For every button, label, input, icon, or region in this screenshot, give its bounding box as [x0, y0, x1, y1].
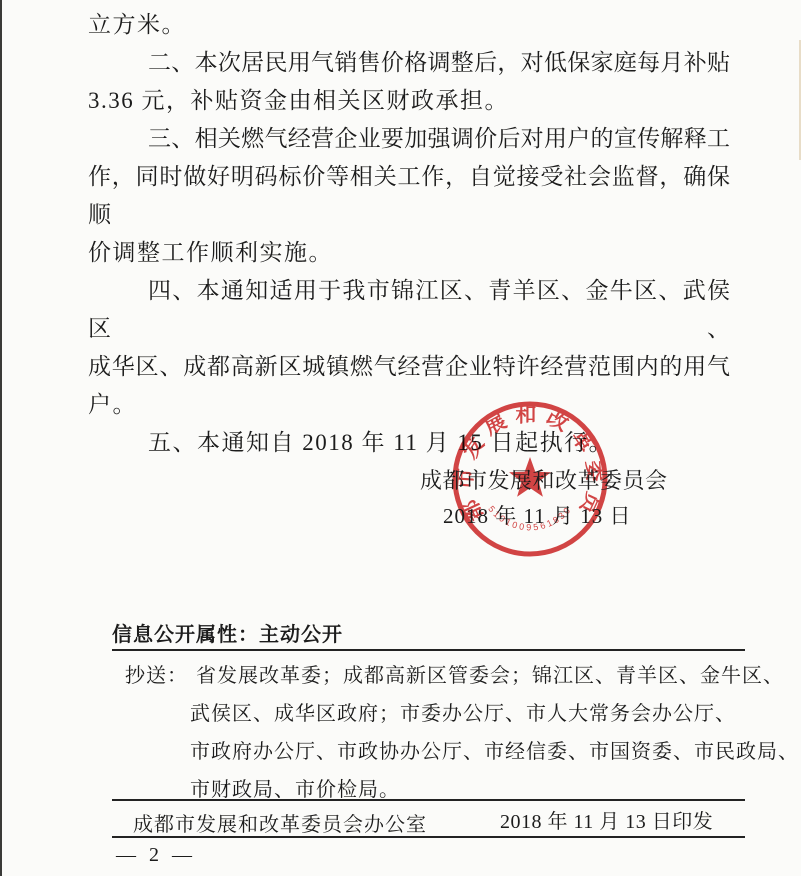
body-line: 二、本次居民用气销售价格调整后，对低保家庭每月补贴 [88, 44, 730, 82]
body-line: 四、本通知适用于我市锦江区、青羊区、金牛区、武侯区、 [88, 272, 730, 348]
cc-line: 抄送：省发展改革委；成都高新区管委会；锦江区、青羊区、金牛区、 [125, 659, 784, 688]
body-line: 三、相关燃气经营企业要加强调价后对用户的宣传解释工 [88, 120, 730, 158]
cc-line: 武侯区、成华区政府；市委办公厅、市人大常务会办公厅、 [190, 697, 736, 726]
print-date: 2018 年 11 月 13 日印发 [500, 805, 713, 834]
divider-rule-top [112, 649, 745, 651]
page-number: — 2 — [116, 844, 196, 867]
cc-label: 抄送： [125, 665, 188, 687]
body-line: 价调整工作顺利实施。 [88, 234, 730, 272]
scanned-notice-page: 立方米。 二、本次居民用气销售价格调整后，对低保家庭每月补贴 3.36 元，补贴… [0, 0, 801, 876]
printing-office: 成都市发展和改革委员会办公室 [133, 808, 427, 837]
body-line: 成华区、成都高新区城镇燃气经营企业特许经营范围内的用气 [88, 348, 730, 386]
body-line: 五、本通知自 2018 年 11 月 15 日起执行。 [88, 424, 730, 462]
body-line: 3.36 元，补贴资金由相关区财政承担。 [88, 82, 730, 120]
notice-body: 立方米。 二、本次居民用气销售价格调整后，对低保家庭每月补贴 3.36 元，补贴… [88, 6, 730, 462]
issue-date: 2018 年 11 月 13 日 [443, 500, 631, 530]
scan-left-edge-artifact [0, 0, 2, 876]
cc-text: 省发展改革委；成都高新区管委会；锦江区、青羊区、金牛区、 [196, 665, 784, 687]
body-line: 户。 [88, 386, 730, 424]
divider-rule-footer-top [112, 799, 745, 801]
issuer-signature: 成都市发展和改革委员会 [420, 464, 668, 495]
cc-line: 市财政局、市价检局。 [190, 773, 400, 802]
body-line: 立方米。 [88, 6, 730, 44]
cc-line: 市政府办公厅、市政协办公厅、市经信委、市国资委、市民政局、 [190, 735, 799, 764]
divider-rule-footer-bottom [112, 836, 745, 838]
publicity-attribute-line: 信息公开属性：主动公开 [112, 618, 343, 647]
body-line: 作，同时做好明码标价等相关工作，自觉接受社会监督，确保顺 [88, 158, 730, 234]
